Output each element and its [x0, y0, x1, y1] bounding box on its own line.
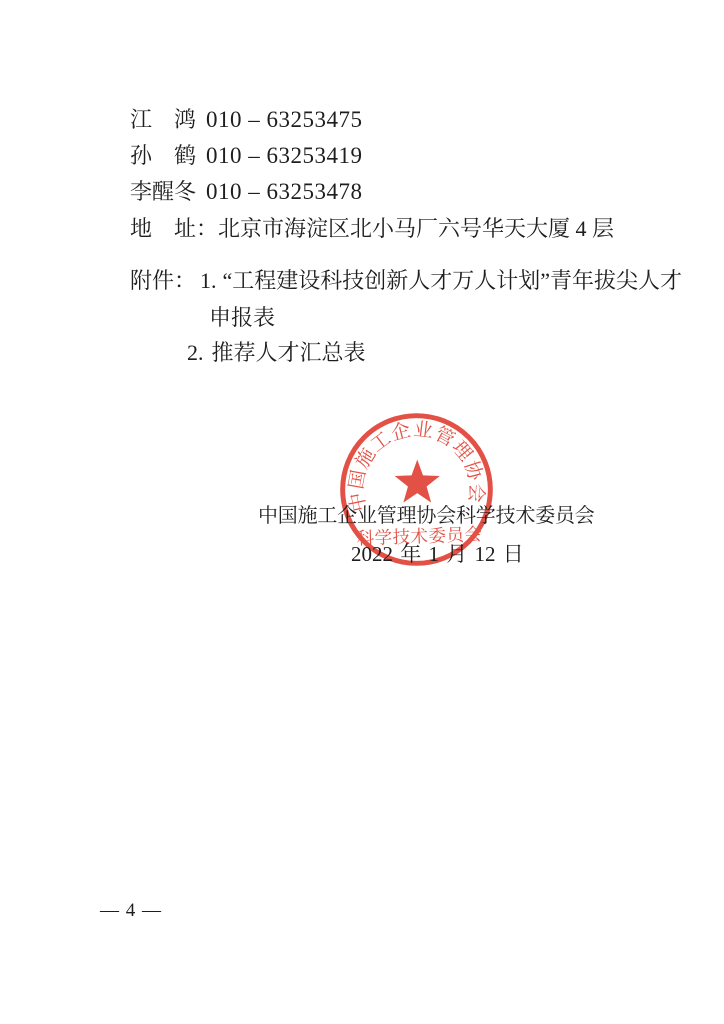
seal-star-icon [395, 460, 440, 503]
signature-date: 2022 年 1 月 12 日 [351, 542, 524, 566]
attachments-line-2: 2.推荐人才汇总表 [187, 340, 366, 365]
signature-organization: 中国施工企业管理协会科学技术委员会 [258, 505, 595, 528]
attachment-2-number: 2. [187, 340, 204, 365]
attachments-line-1: 附件：1.“工程建设科技创新人才万人计划”青年拔尖人才 [130, 268, 682, 293]
contact-name: 孙 鹤 [130, 143, 200, 168]
attachment-1-number: 1. [200, 268, 217, 293]
address-line: 地 址：北京市海淀区北小马厂六号华天大厦 4 层 [130, 216, 614, 241]
address-value: 北京市海淀区北小马厂六号华天大厦 4 层 [218, 216, 614, 241]
contact-phone: 010 – 63253419 [206, 143, 363, 168]
attachment-1-text-2: 申报表 [209, 305, 275, 330]
contact-row: 孙 鹤010 – 63253419 [130, 143, 363, 169]
contact-phone: 010 – 63253478 [206, 179, 363, 204]
contact-row: 江 鸿010 – 63253475 [130, 107, 363, 133]
attachments-line-1-continuation: 申报表 [209, 305, 275, 330]
address-label: 地 址： [130, 216, 218, 241]
contact-row: 李醒冬010 – 63253478 [130, 179, 363, 205]
page-number: — 4 — [100, 900, 162, 922]
document-page: 江 鸿010 – 63253475 孙 鹤010 – 63253419 李醒冬0… [0, 0, 724, 1024]
contact-name: 李醒冬 [130, 179, 200, 204]
attachment-2-text: 推荐人才汇总表 [212, 340, 366, 365]
contact-name: 江 鸿 [130, 107, 200, 132]
attachment-1-text: “工程建设科技创新人才万人计划”青年拔尖人才 [223, 268, 683, 293]
contact-phone: 010 – 63253475 [206, 107, 363, 132]
attachments-label: 附件： [130, 268, 196, 293]
